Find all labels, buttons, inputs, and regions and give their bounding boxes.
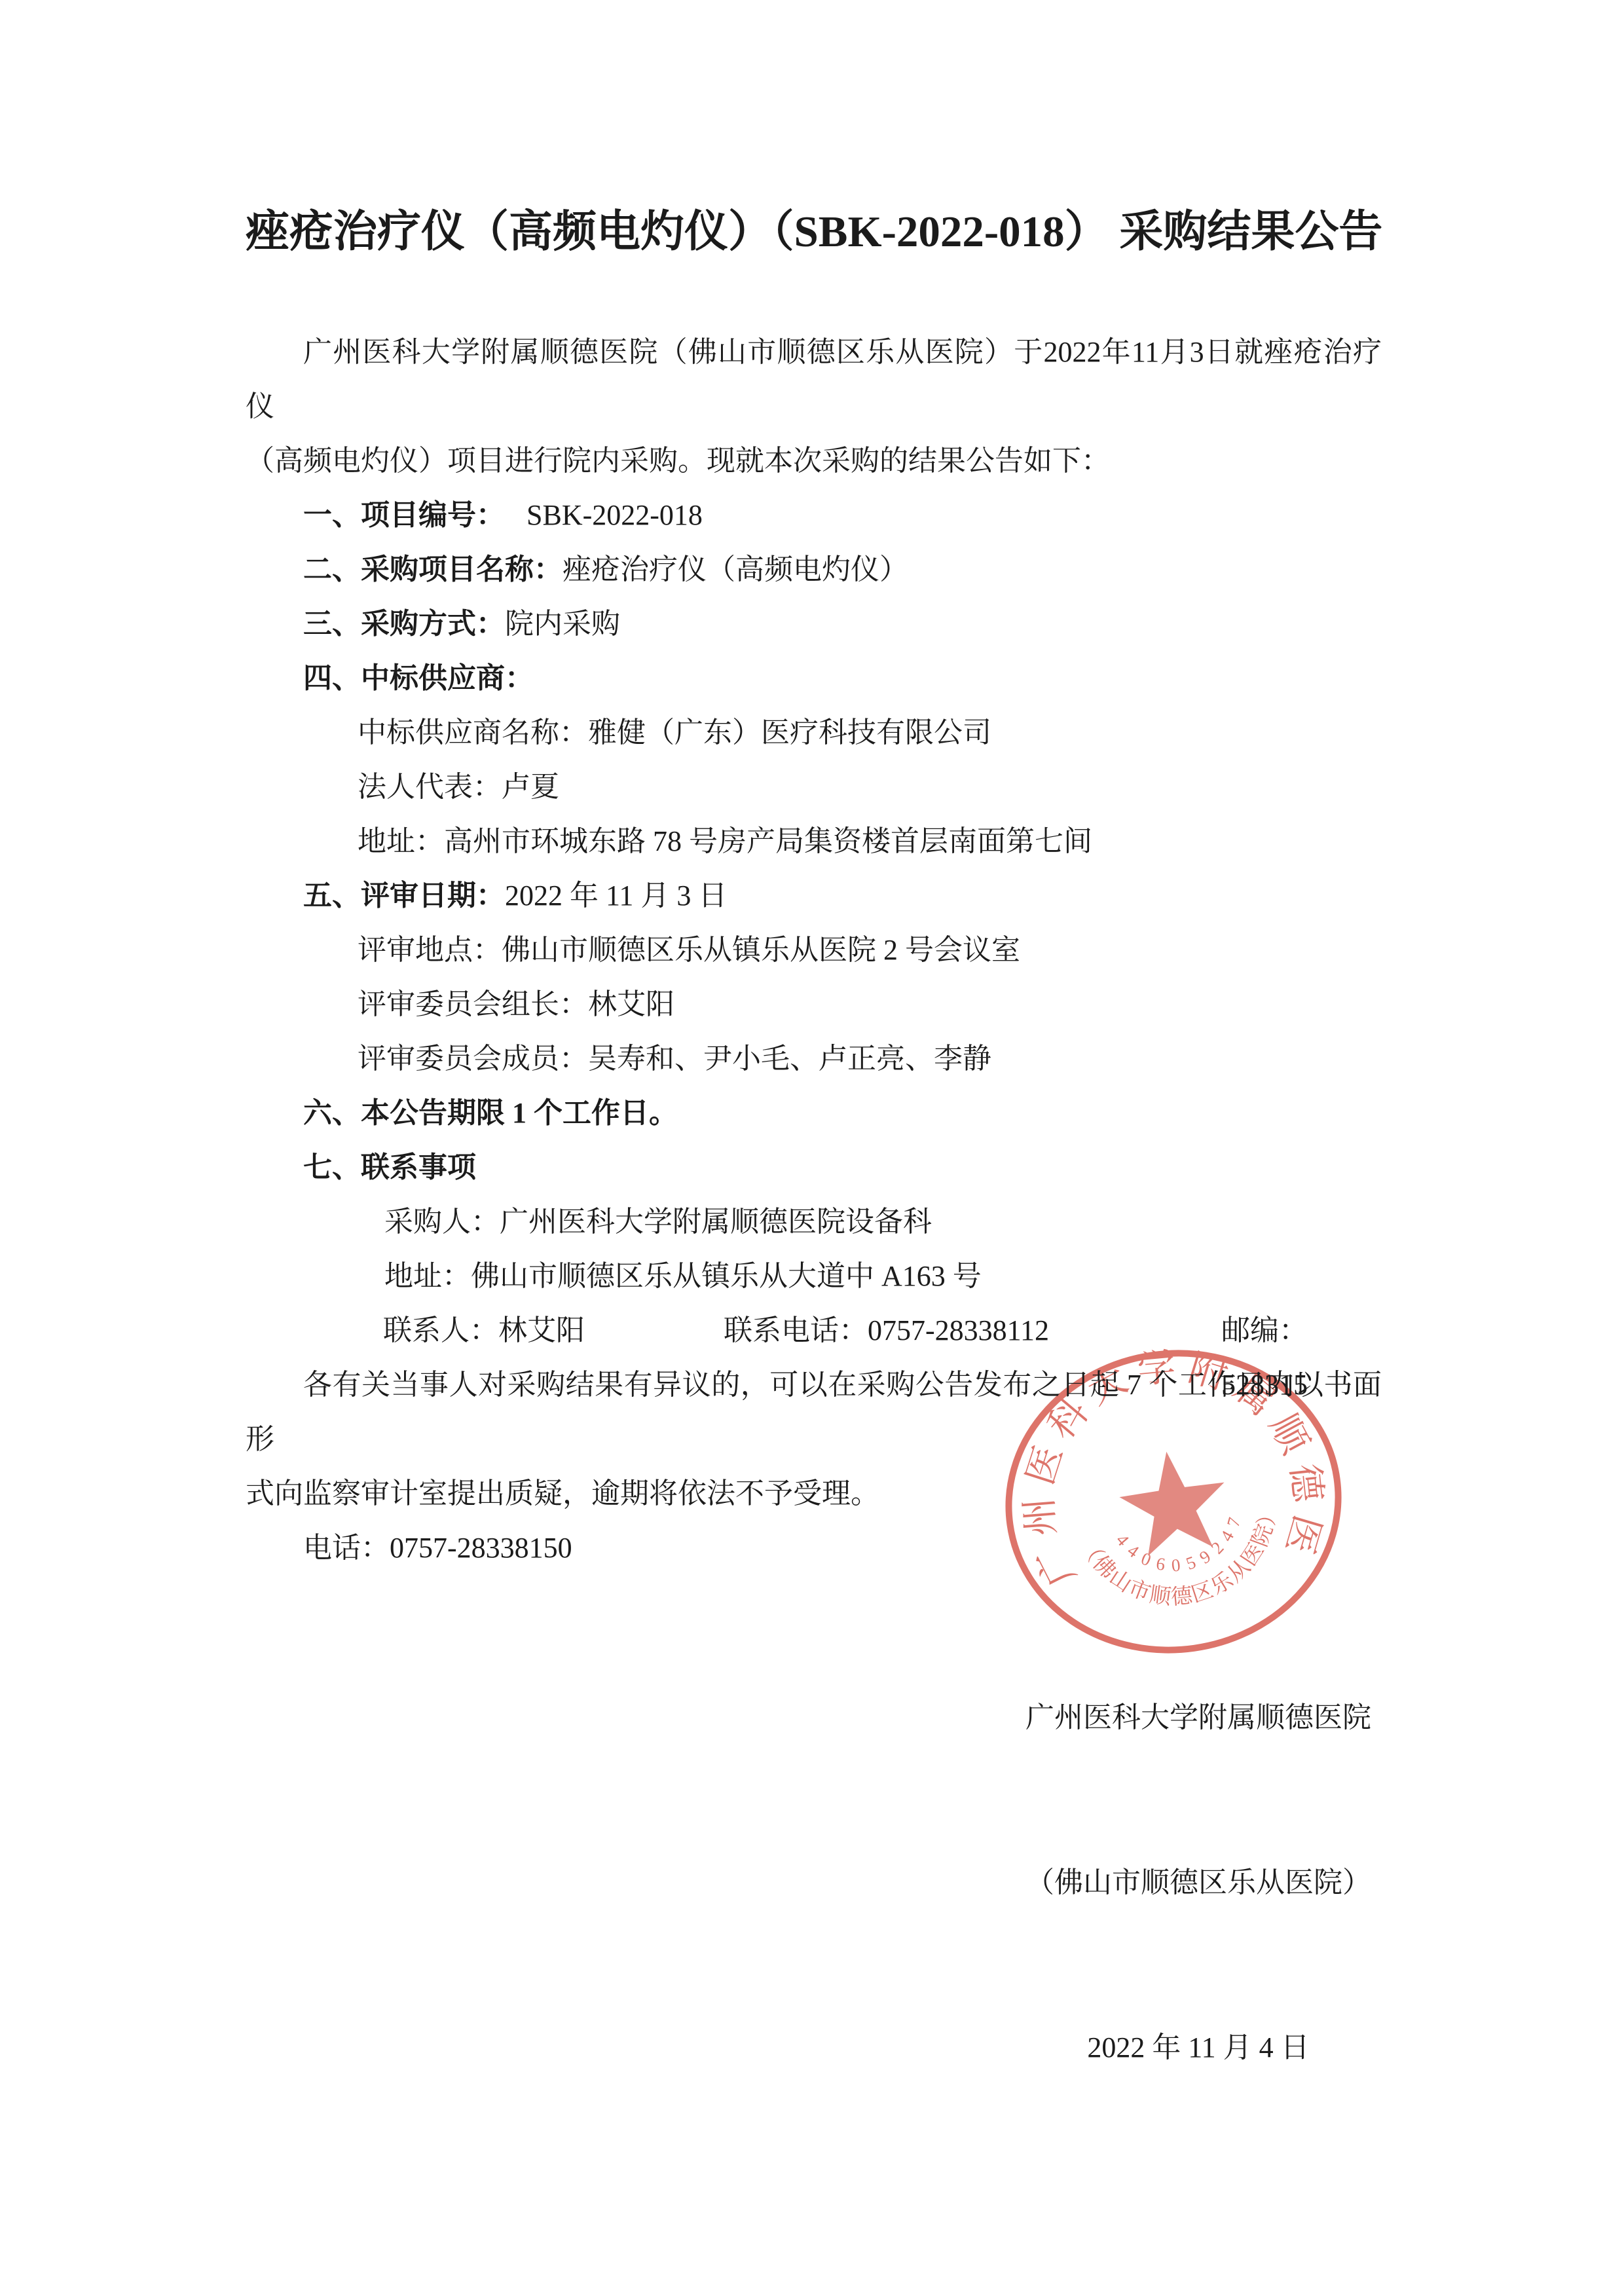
review-committee-members-line: 评审委员会成员：吴寿和、尹小毛、卢正亮、李静 xyxy=(246,1031,1382,1086)
contact-info-line: 联系人：林艾阳 联系电话：0757-28338112 邮编：528315 xyxy=(246,1303,1382,1358)
contact-person: 联系人：林艾阳 xyxy=(383,1303,585,1358)
item-6-announcement-period: 六、本公告期限 1 个工作日。 xyxy=(246,1086,1382,1140)
item-1-project-number: 一、项目编号： SBK-2022-018 xyxy=(246,488,1382,542)
dispute-paragraph-line-2: 式向监察审计室提出质疑，逾期将依法不予受理。 xyxy=(246,1466,1382,1521)
item-3-value: 院内采购 xyxy=(505,608,620,640)
contact-phone: 联系电话：0757-28338112 xyxy=(724,1303,1049,1358)
supplier-address-line: 地址：高州市环城东路 78 号房产局集资楼首层南面第七间 xyxy=(246,814,1382,868)
purchaser-line: 采购人：广州医科大学附属顺德医院设备科 xyxy=(246,1194,1382,1249)
review-location-line: 评审地点：佛山市顺德区乐从镇乐从医院 2 号会议室 xyxy=(246,923,1382,977)
purchaser-address-line: 地址：佛山市顺德区乐从镇乐从大道中 A163 号 xyxy=(246,1249,1382,1303)
postal-code: 邮编：528315 xyxy=(1221,1303,1382,1412)
intro-paragraph-line-2: （高频电灼仪）项目进行院内采购。现就本次采购的结果公告如下： xyxy=(246,434,1382,488)
signature-hospital-alias: （佛山市顺德区乐从医院） xyxy=(1015,1855,1382,1910)
item-3-procurement-method: 三、采购方式：院内采购 xyxy=(246,597,1382,651)
dispute-paragraph-line-1: 各有关当事人对采购结果有异议的，可以在采购公告发布之日起 7 个工作日内以书面形 xyxy=(246,1358,1382,1466)
item-1-label: 一、项目编号： xyxy=(303,499,505,531)
item-7-contact-matters: 七、联系事项 xyxy=(246,1140,1382,1194)
item-5-review-date: 五、评审日期：2022 年 11 月 3 日 xyxy=(246,868,1382,923)
supplier-name-line: 中标供应商名称：雅健（广东）医疗科技有限公司 xyxy=(246,705,1382,760)
item-5-value: 2022 年 11 月 3 日 xyxy=(505,880,727,912)
signature-date: 2022 年 11 月 4 日 xyxy=(1015,2020,1382,2075)
review-committee-leader-line: 评审委员会组长：林艾阳 xyxy=(246,977,1382,1031)
item-4-label: 四、中标供应商： xyxy=(303,662,534,694)
item-1-value: SBK-2022-018 xyxy=(505,499,703,531)
intro-paragraph-line-1: 广州医科大学附属顺德医院（佛山市顺德区乐从医院）于2022年11月3日就痤疮治疗… xyxy=(246,325,1382,434)
signature-hospital-name: 广州医科大学附属顺德医院 xyxy=(1015,1690,1382,1745)
item-2-value: 痤疮治疗仪（高频电灼仪） xyxy=(563,553,908,585)
item-5-label: 五、评审日期： xyxy=(303,880,505,912)
item-2-project-name: 二、采购项目名称：痤疮治疗仪（高频电灼仪） xyxy=(246,542,1382,597)
dispute-phone-line: 电话：0757-28338150 xyxy=(246,1521,1382,1575)
document-content: 痤疮治疗仪（高频电灼仪）（SBK-2022-018） 采购结果公告 广州医科大学… xyxy=(246,208,1382,2185)
item-3-label: 三、采购方式： xyxy=(303,608,505,640)
item-2-label: 二、采购项目名称： xyxy=(303,553,563,585)
signature-block: 广州医科大学附属顺德医院 （佛山市顺德区乐从医院） 2022 年 11 月 4 … xyxy=(1015,1580,1382,2185)
item-4-winning-supplier: 四、中标供应商： xyxy=(246,651,1382,705)
document-page: 痤疮治疗仪（高频电灼仪）（SBK-2022-018） 采购结果公告 广州医科大学… xyxy=(0,0,1624,2296)
page-title: 痤疮治疗仪（高频电灼仪）（SBK-2022-018） 采购结果公告 xyxy=(246,208,1382,255)
legal-representative-line: 法人代表：卢夏 xyxy=(246,760,1382,814)
